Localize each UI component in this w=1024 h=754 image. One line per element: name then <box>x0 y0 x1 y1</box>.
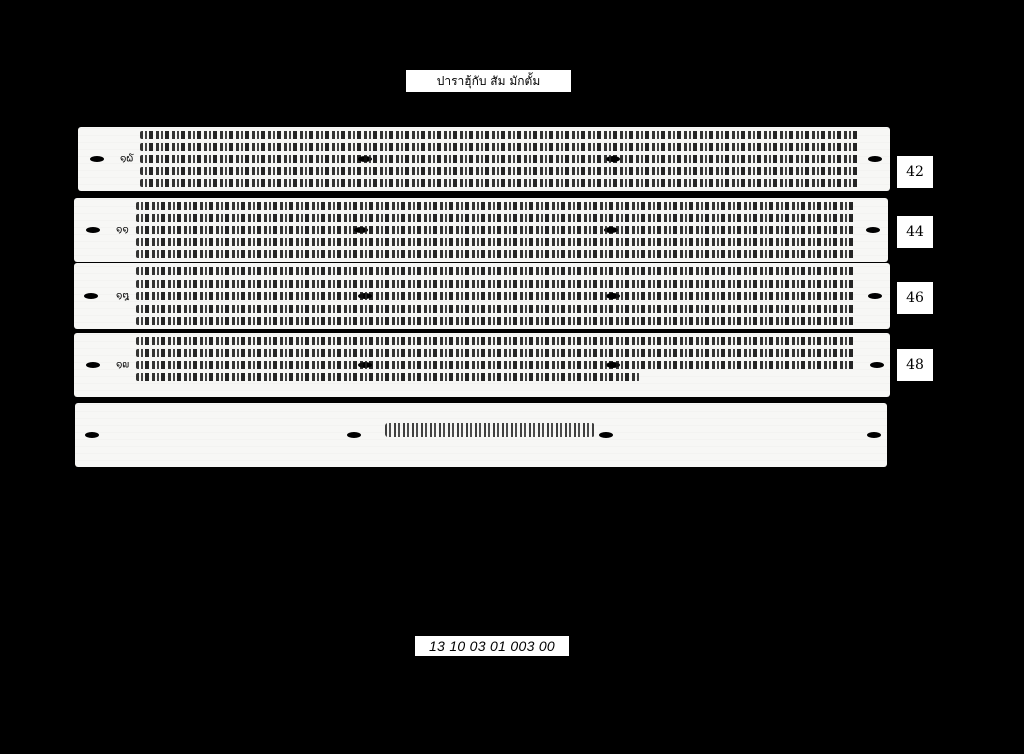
page-number-label: 42 <box>897 156 933 188</box>
binding-hole-left <box>86 362 100 368</box>
palm-leaf-2: ໑໑ <box>74 198 888 262</box>
leaf-margin-numeral: ໑໖ <box>120 154 133 165</box>
leaf-text <box>136 267 856 325</box>
binding-hole-right <box>867 432 881 438</box>
leaf-margin-numeral: ໑໘ <box>116 291 129 302</box>
palm-leaf-1: ໑໖ <box>78 127 890 191</box>
colophon-text <box>385 423 595 437</box>
palm-leaf-3: ໑໘ <box>74 263 890 329</box>
leaf-margin-numeral: ໑໑ <box>116 225 129 236</box>
binding-hole-right <box>868 293 882 299</box>
binding-hole-left <box>85 432 99 438</box>
binding-hole-center-right <box>599 432 613 438</box>
binding-hole-left <box>84 293 98 299</box>
manuscript-title-label: ปาราฮุ้กับ สัม มักตั้ม <box>406 70 571 92</box>
palm-leaf-4: ໑໙ <box>74 333 890 397</box>
manuscript-id-label: 13 10 03 01 003 00 <box>415 636 569 656</box>
leaf-text <box>140 131 860 187</box>
leaf-text <box>136 337 856 381</box>
leaf-text <box>136 202 856 258</box>
binding-hole-right <box>870 362 884 368</box>
palm-leaf-colophon <box>75 403 887 467</box>
leaf-margin-numeral: ໑໙ <box>116 360 129 371</box>
binding-hole-left <box>90 156 104 162</box>
page-number-label: 48 <box>897 349 933 381</box>
binding-hole-left <box>86 227 100 233</box>
page-number-label: 46 <box>897 282 933 314</box>
binding-hole-right <box>868 156 882 162</box>
page-number-label: 44 <box>897 216 933 248</box>
binding-hole-center-left <box>347 432 361 438</box>
binding-hole-right <box>866 227 880 233</box>
